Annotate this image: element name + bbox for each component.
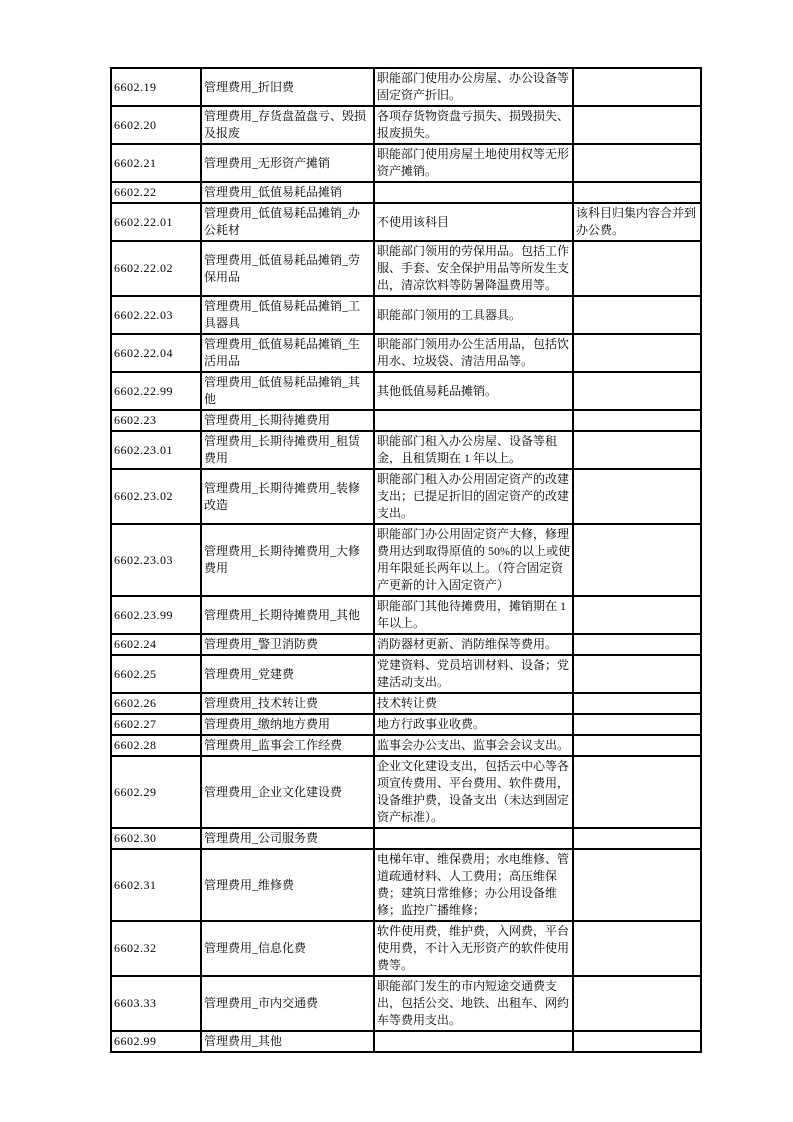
expense-accounts-table: 6602.19 管理费用_折旧费 职能部门使用办公房屋、办公设备等固定资产折旧。… <box>110 67 702 1053</box>
account-code-cell: 6602.23.01 <box>111 431 201 469</box>
account-name-cell: 管理费用_存货盘盈盘亏、毁损及报废 <box>201 106 374 144</box>
account-name-cell: 管理费用_维修费 <box>201 849 374 921</box>
account-note-cell <box>573 714 701 735</box>
account-code-cell: 6602.21 <box>111 144 201 182</box>
table-row: 6602.29 管理费用_企业文化建设费 企业文化建设支出，包括云中心等各项宣传… <box>111 756 701 828</box>
account-name-cell: 管理费用_监事会工作经费 <box>201 735 374 756</box>
account-name-cell: 管理费用_低值易耗品摊销_办公耗材 <box>201 203 374 241</box>
account-note-cell <box>573 106 701 144</box>
account-code-cell: 6602.30 <box>111 828 201 849</box>
table-row: 6602.22.99 管理费用_低值易耗品摊销_其他 其他低值易耗品摊销。 <box>111 372 701 410</box>
account-note-cell <box>573 144 701 182</box>
account-note-cell <box>573 655 701 693</box>
account-code-cell: 6602.22.01 <box>111 203 201 241</box>
account-description-cell: 职能部门发生的市内短途交通费支出，包括公交、地铁、出租车、网约车等费用支出。 <box>374 976 573 1031</box>
account-code-cell: 6602.20 <box>111 106 201 144</box>
account-description-cell: 监事会办公支出、监事会会议支出。 <box>374 735 573 756</box>
account-name-cell: 管理费用_信息化费 <box>201 921 374 976</box>
table-row: 6602.23.99 管理费用_长期待摊费用_其他 职能部门其他待摊费用，摊销期… <box>111 596 701 634</box>
account-note-cell <box>573 921 701 976</box>
account-name-cell: 管理费用_低值易耗品摊销 <box>201 182 374 203</box>
account-name-cell: 管理费用_长期待摊费用_租赁费用 <box>201 431 374 469</box>
account-note-cell <box>573 976 701 1031</box>
account-description-cell: 不使用该科目 <box>374 203 573 241</box>
account-note-cell <box>573 182 701 203</box>
account-code-cell: 6602.23.99 <box>111 596 201 634</box>
account-code-cell: 6602.31 <box>111 849 201 921</box>
account-description-cell <box>374 410 573 431</box>
account-note-cell <box>573 524 701 596</box>
table-row: 6602.22.04 管理费用_低值易耗品摊销_生活用品 职能部门领用办公生活用… <box>111 334 701 372</box>
account-note-cell <box>573 735 701 756</box>
account-description-cell: 职能部门使用办公房屋、办公设备等固定资产折旧。 <box>374 68 573 106</box>
account-note-cell <box>573 372 701 410</box>
account-name-cell: 管理费用_折旧费 <box>201 68 374 106</box>
account-name-cell: 管理费用_公司服务费 <box>201 828 374 849</box>
account-description-cell <box>374 828 573 849</box>
account-description-cell: 职能部门租入办公房屋、设备等租金，且租赁期在 1 年以上。 <box>374 431 573 469</box>
account-code-cell: 6602.22.99 <box>111 372 201 410</box>
account-note-cell <box>573 693 701 714</box>
account-code-cell: 6602.23.03 <box>111 524 201 596</box>
account-description-cell: 企业文化建设支出，包括云中心等各项宣传费用、平台费用、软件费用，设备维护费，设备… <box>374 756 573 828</box>
account-note-cell <box>573 849 701 921</box>
account-description-cell: 地方行政事业收费。 <box>374 714 573 735</box>
account-code-cell: 6602.24 <box>111 634 201 655</box>
account-note-cell <box>573 1031 701 1052</box>
table-row: 6602.26 管理费用_技术转让费 技术转让费 <box>111 693 701 714</box>
table-row: 6602.23.01 管理费用_长期待摊费用_租赁费用 职能部门租入办公房屋、设… <box>111 431 701 469</box>
account-note-cell <box>573 469 701 524</box>
account-description-cell: 职能部门领用的劳保用品。包括工作服、手套、安全保护用品等所发生支出，清凉饮料等防… <box>374 241 573 296</box>
account-code-cell: 6602.22 <box>111 182 201 203</box>
account-code-cell: 6602.29 <box>111 756 201 828</box>
account-name-cell: 管理费用_市内交通费 <box>201 976 374 1031</box>
account-name-cell: 管理费用_低值易耗品摊销_工具器具 <box>201 296 374 334</box>
expense-accounts-table-body: 6602.19 管理费用_折旧费 职能部门使用办公房屋、办公设备等固定资产折旧。… <box>111 68 701 1052</box>
table-row: 6602.31 管理费用_维修费 电梯年审、维保费用；水电维修、管道疏通材料、人… <box>111 849 701 921</box>
account-code-cell: 6602.32 <box>111 921 201 976</box>
account-description-cell: 消防器材更新、消防维保等费用。 <box>374 634 573 655</box>
table-row: 6602.20 管理费用_存货盘盈盘亏、毁损及报废 各项存货物资盘亏损失、损毁损… <box>111 106 701 144</box>
account-note-cell <box>573 296 701 334</box>
table-row: 6602.22.02 管理费用_低值易耗品摊销_劳保用品 职能部门领用的劳保用品… <box>111 241 701 296</box>
table-row: 6602.25 管理费用_党建费 党建资料、党员培训材料、设备；党建活动支出。 <box>111 655 701 693</box>
account-code-cell: 6602.27 <box>111 714 201 735</box>
table-row: 6603.33 管理费用_市内交通费 职能部门发生的市内短途交通费支出，包括公交… <box>111 976 701 1031</box>
account-code-cell: 6602.22.04 <box>111 334 201 372</box>
account-description-cell <box>374 1031 573 1052</box>
account-description-cell: 各项存货物资盘亏损失、损毁损失、报废损失。 <box>374 106 573 144</box>
table-row: 6602.23.03 管理费用_长期待摊费用_大修费用 职能部门办公用固定资产大… <box>111 524 701 596</box>
account-description-cell: 职能部门其他待摊费用，摊销期在 1 年以上。 <box>374 596 573 634</box>
account-name-cell: 管理费用_其他 <box>201 1031 374 1052</box>
account-description-cell: 职能部门办公用固定资产大修，修理费用达到取得原值的 50%的以上或使用年限延长两… <box>374 524 573 596</box>
account-description-cell: 党建资料、党员培训材料、设备；党建活动支出。 <box>374 655 573 693</box>
account-description-cell: 职能部门使用房屋土地使用权等无形资产摊销。 <box>374 144 573 182</box>
account-note-cell: 该科目归集内容合并到办公费。 <box>573 203 701 241</box>
table-row: 6602.22.03 管理费用_低值易耗品摊销_工具器具 职能部门领用的工具器具… <box>111 296 701 334</box>
table-row: 6602.19 管理费用_折旧费 职能部门使用办公房屋、办公设备等固定资产折旧。 <box>111 68 701 106</box>
document-page: 6602.19 管理费用_折旧费 职能部门使用办公房屋、办公设备等固定资产折旧。… <box>0 0 793 1122</box>
account-note-cell <box>573 828 701 849</box>
account-note-cell <box>573 410 701 431</box>
account-code-cell: 6602.25 <box>111 655 201 693</box>
account-description-cell: 职能部门租入办公用固定资产的改建支出；已提足折旧的固定资产的改建支出。 <box>374 469 573 524</box>
account-code-cell: 6603.33 <box>111 976 201 1031</box>
account-name-cell: 管理费用_党建费 <box>201 655 374 693</box>
account-code-cell: 6602.22.02 <box>111 241 201 296</box>
table-row: 6602.99 管理费用_其他 <box>111 1031 701 1052</box>
table-row: 6602.21 管理费用_无形资产摊销 职能部门使用房屋土地使用权等无形资产摊销… <box>111 144 701 182</box>
account-code-cell: 6602.22.03 <box>111 296 201 334</box>
account-note-cell <box>573 756 701 828</box>
account-code-cell: 6602.26 <box>111 693 201 714</box>
account-note-cell <box>573 68 701 106</box>
account-name-cell: 管理费用_低值易耗品摊销_劳保用品 <box>201 241 374 296</box>
account-note-cell <box>573 596 701 634</box>
account-description-cell <box>374 182 573 203</box>
account-name-cell: 管理费用_低值易耗品摊销_其他 <box>201 372 374 410</box>
account-code-cell: 6602.23 <box>111 410 201 431</box>
account-name-cell: 管理费用_无形资产摊销 <box>201 144 374 182</box>
account-description-cell: 技术转让费 <box>374 693 573 714</box>
table-row: 6602.32 管理费用_信息化费 软件使用费，维护费，入网费，平台使用费，不计… <box>111 921 701 976</box>
table-row: 6602.30 管理费用_公司服务费 <box>111 828 701 849</box>
account-name-cell: 管理费用_长期待摊费用 <box>201 410 374 431</box>
account-name-cell: 管理费用_长期待摊费用_装修改造 <box>201 469 374 524</box>
account-note-cell <box>573 241 701 296</box>
account-description-cell: 职能部门领用的工具器具。 <box>374 296 573 334</box>
account-description-cell: 职能部门领用办公生活用品，包括饮用水、垃圾袋、清洁用品等。 <box>374 334 573 372</box>
table-row: 6602.28 管理费用_监事会工作经费 监事会办公支出、监事会会议支出。 <box>111 735 701 756</box>
account-code-cell: 6602.19 <box>111 68 201 106</box>
table-row: 6602.22.01 管理费用_低值易耗品摊销_办公耗材 不使用该科目 该科目归… <box>111 203 701 241</box>
table-row: 6602.23 管理费用_长期待摊费用 <box>111 410 701 431</box>
account-name-cell: 管理费用_长期待摊费用_其他 <box>201 596 374 634</box>
account-name-cell: 管理费用_长期待摊费用_大修费用 <box>201 524 374 596</box>
account-description-cell: 软件使用费，维护费，入网费，平台使用费，不计入无形资产的软件使用费等。 <box>374 921 573 976</box>
account-code-cell: 6602.28 <box>111 735 201 756</box>
table-row: 6602.22 管理费用_低值易耗品摊销 <box>111 182 701 203</box>
table-row: 6602.27 管理费用_缴纳地方费用 地方行政事业收费。 <box>111 714 701 735</box>
account-description-cell: 其他低值易耗品摊销。 <box>374 372 573 410</box>
account-description-cell: 电梯年审、维保费用；水电维修、管道疏通材料、人工费用；高压维保费；建筑日常维修；… <box>374 849 573 921</box>
account-name-cell: 管理费用_企业文化建设费 <box>201 756 374 828</box>
table-row: 6602.24 管理费用_警卫消防费 消防器材更新、消防维保等费用。 <box>111 634 701 655</box>
table-row: 6602.23.02 管理费用_长期待摊费用_装修改造 职能部门租入办公用固定资… <box>111 469 701 524</box>
account-note-cell <box>573 431 701 469</box>
account-code-cell: 6602.23.02 <box>111 469 201 524</box>
account-note-cell <box>573 334 701 372</box>
account-name-cell: 管理费用_技术转让费 <box>201 693 374 714</box>
account-name-cell: 管理费用_低值易耗品摊销_生活用品 <box>201 334 374 372</box>
account-name-cell: 管理费用_警卫消防费 <box>201 634 374 655</box>
account-name-cell: 管理费用_缴纳地方费用 <box>201 714 374 735</box>
account-note-cell <box>573 634 701 655</box>
account-code-cell: 6602.99 <box>111 1031 201 1052</box>
